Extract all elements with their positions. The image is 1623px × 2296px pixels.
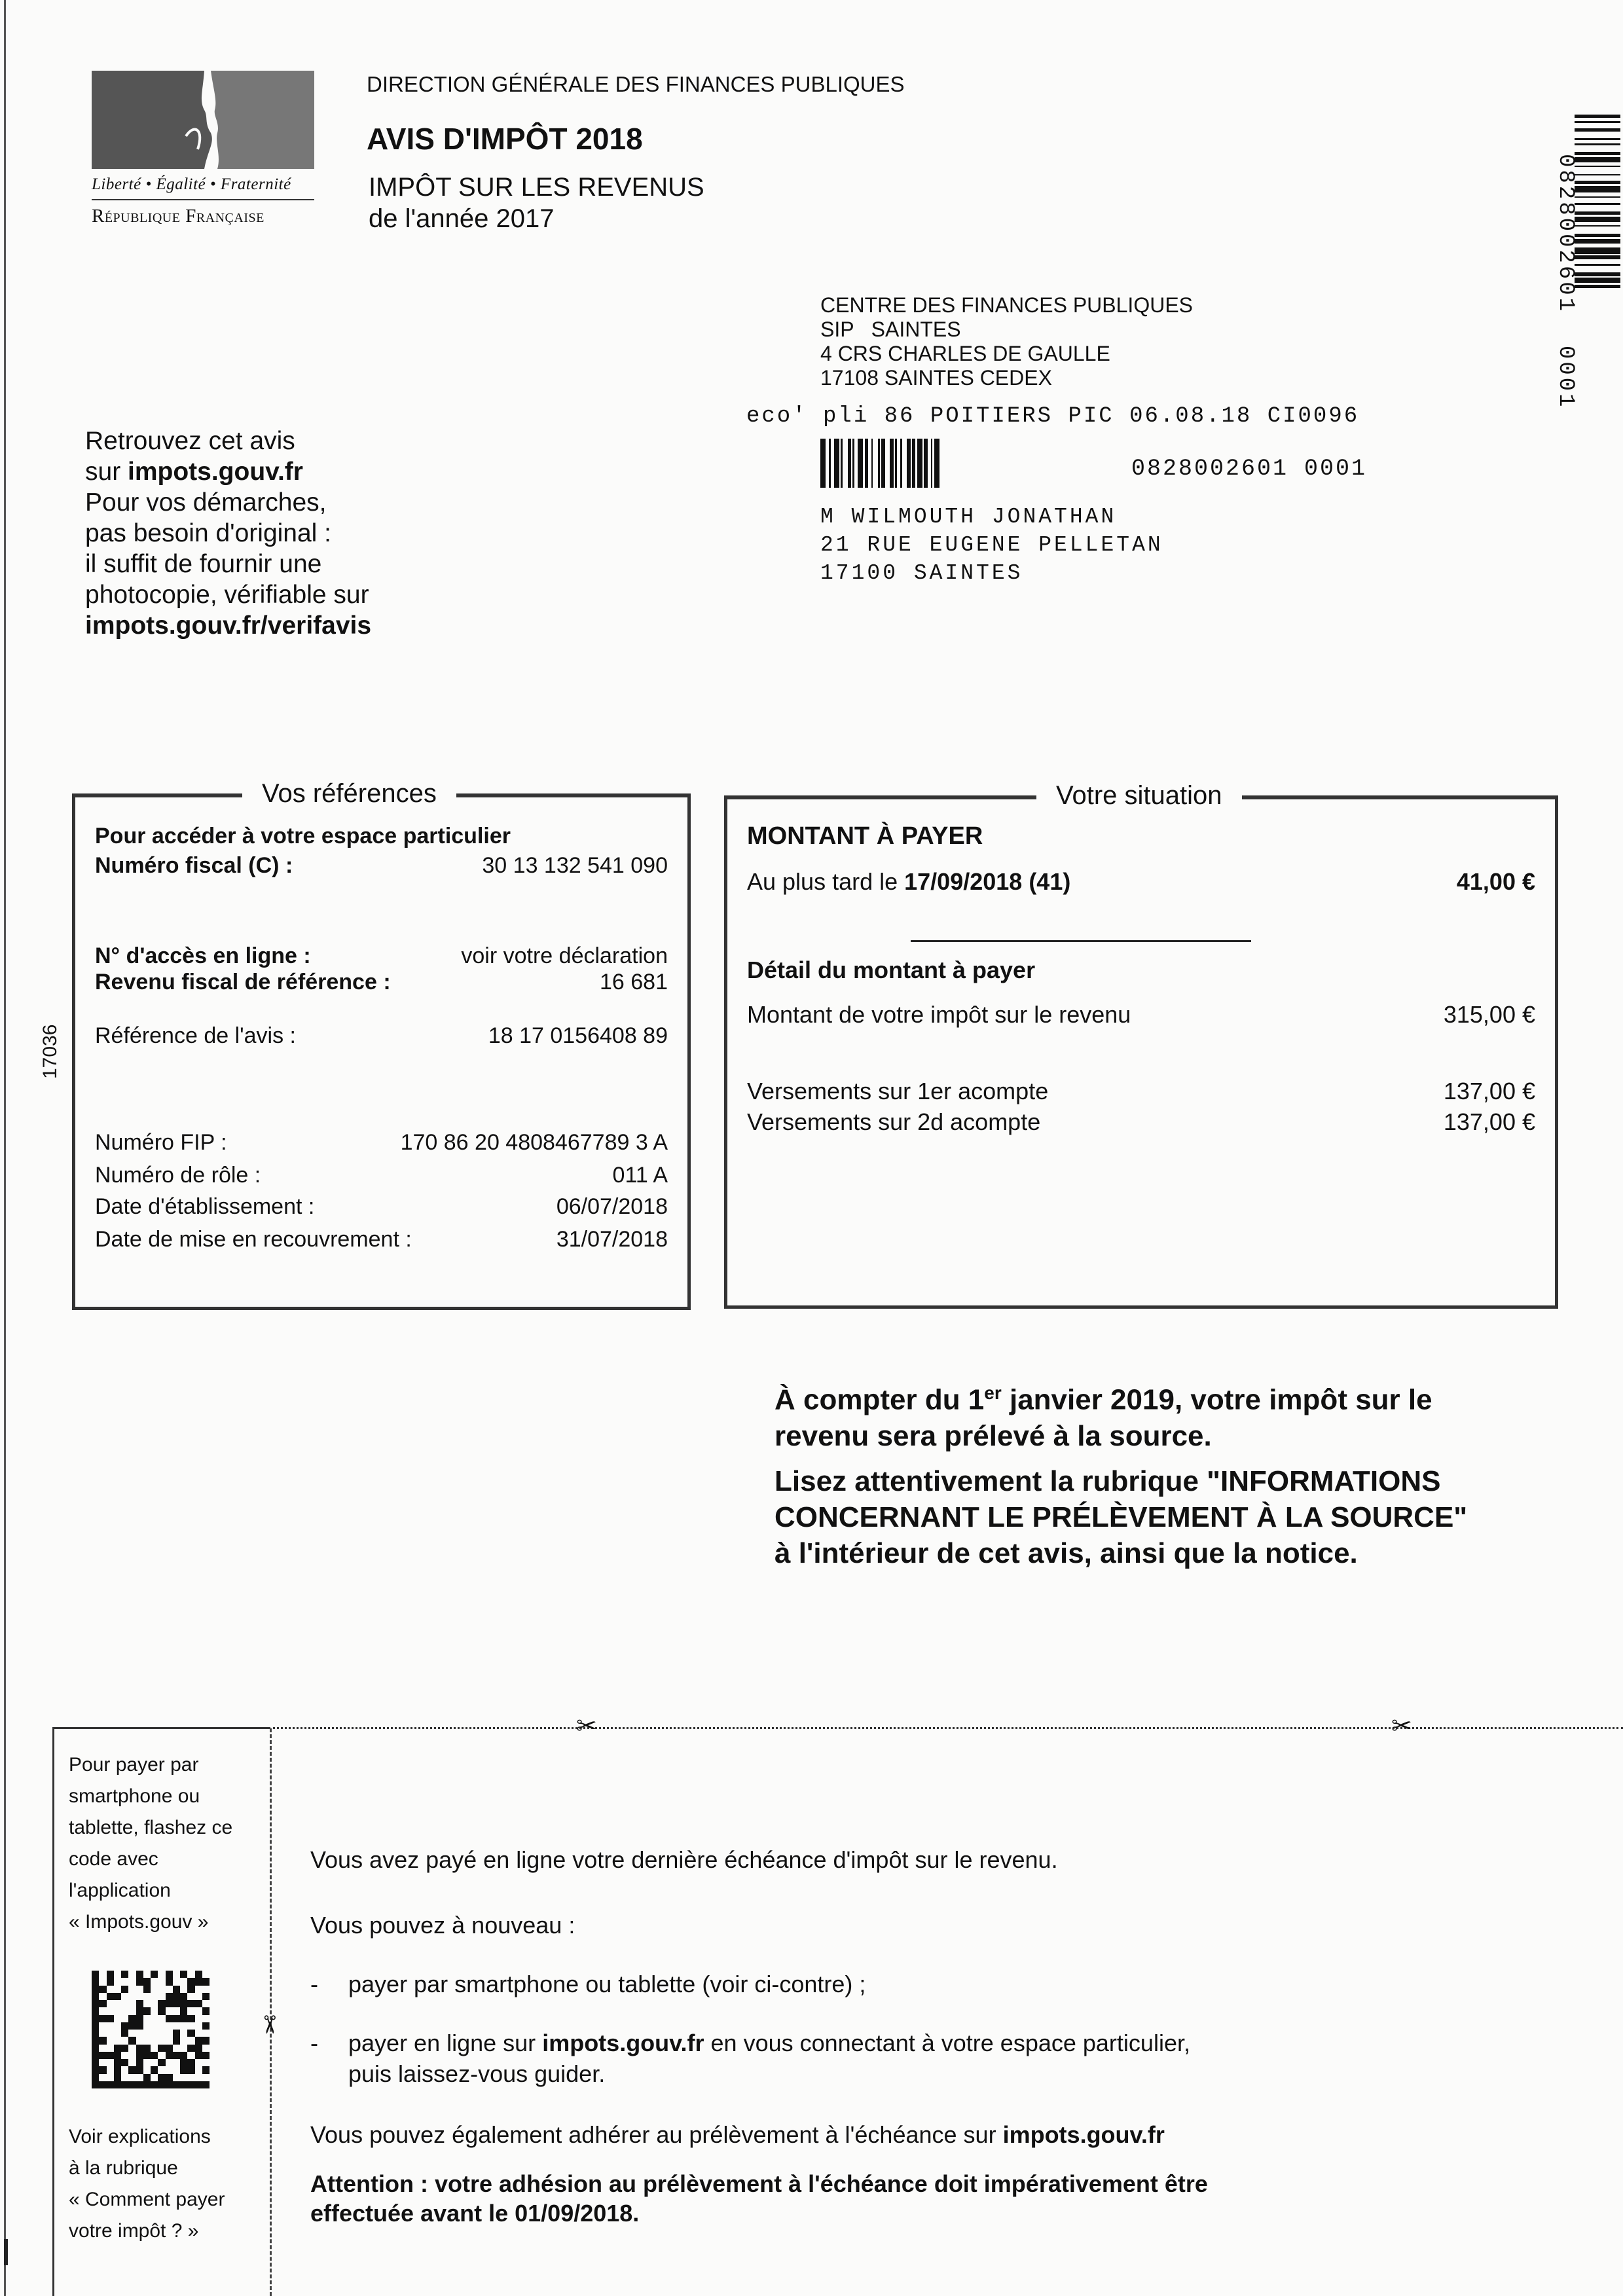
ref-label: Numéro de rôle : (95, 1163, 261, 1188)
ref-row-fiscal-number: Numéro fiscal (C) : 30 13 132 541 090 (95, 853, 668, 879)
stub-line: tablette, flashez ce (69, 1812, 265, 1844)
recipient-street: 21 RUE EUGENE PELLETAN (820, 531, 1163, 559)
stub-line: votre impôt ? » (69, 2215, 272, 2247)
page-edge (4, 0, 6, 2296)
attention-text: Attention : votre adhésion au prélèvemen… (310, 2170, 1208, 2198)
option-text: payer en ligne sur (348, 2030, 542, 2057)
sender-address: CENTRE DES FINANCES PUBLIQUES SIP SAINTE… (820, 293, 1193, 390)
bullet: - (310, 2030, 348, 2057)
ref-row-collection-date: Date de mise en recouvrement : 31/07/201… (95, 1227, 668, 1252)
notice-line: Lisez attentivement la rubrique "INFORMA… (775, 1463, 1467, 1499)
payment-explanations: Voir explications à la rubrique « Commen… (69, 2121, 272, 2247)
logo-divider (92, 199, 314, 200)
sender-line: SIP SAINTES (820, 318, 1193, 342)
republic-motto: Liberté • Égalité • Fraternité (92, 175, 314, 194)
document-title: AVIS D'IMPÔT 2018 (367, 121, 643, 156)
recipient-name: M WILMOUTH JONATHAN (820, 503, 1163, 531)
stub-line: Voir explications (69, 2121, 272, 2153)
ref-value: 18 17 0156408 89 (488, 1023, 668, 1049)
amount-heading: MONTANT À PAYER (747, 822, 983, 850)
notice-text: sur (85, 458, 128, 486)
stub-line: smartphone ou (69, 1781, 265, 1812)
notice-line: revenu sera prélevé à la source. (775, 1418, 1467, 1454)
ref-label: Numéro FIP : (95, 1130, 227, 1156)
ref-label: Référence de l'avis : (95, 1023, 296, 1049)
detail-value: 137,00 € (1444, 1078, 1535, 1105)
option-text: puis laissez-vous guider. (348, 2060, 605, 2088)
stub-line: Pour payer par (69, 1749, 265, 1781)
notice-line: pas besoin d'original : (85, 518, 371, 549)
notice-line: Retrouvez cet avis (85, 426, 371, 456)
subtitle-line: IMPÔT SUR LES REVENUS (369, 172, 704, 203)
ref-row-notice-reference: Référence de l'avis : 18 17 0156408 89 (95, 1023, 668, 1049)
ref-label: Revenu fiscal de référence : (95, 970, 391, 995)
ref-label: Date de mise en recouvrement : (95, 1227, 412, 1252)
due-prefix: Au plus tard le (747, 868, 904, 895)
detail-heading: Détail du montant à payer (747, 957, 1035, 984)
recipient-address: M WILMOUTH JONATHAN 21 RUE EUGENE PELLET… (820, 503, 1163, 587)
detail-label: Versements sur 2d acompte (747, 1108, 1040, 1136)
references-legend: Vos références (242, 779, 456, 809)
detail-row-installment-1: Versements sur 1er acompte 137,00 € (747, 1078, 1535, 1105)
side-barcode (1575, 115, 1620, 445)
impots-link[interactable]: impots.gouv.fr (1003, 2121, 1165, 2148)
verifavis-link[interactable]: impots.gouv.fr/verifavis (85, 611, 371, 640)
notice-line: photocopie, vérifiable sur (85, 579, 371, 610)
document-subtitle: IMPÔT SUR LES REVENUS de l'année 2017 (369, 172, 704, 234)
notice-line: CONCERNANT LE PRÉLÈVEMENT À LA SOURCE" (775, 1499, 1467, 1535)
detail-row-tax: Montant de votre impôt sur le revenu 315… (747, 1001, 1535, 1029)
sender-line: 4 CRS CHARLES DE GAULLE (820, 342, 1193, 366)
option-online: -payer en ligne sur impots.gouv.fr en vo… (310, 2030, 1190, 2057)
subtitle-year: de l'année 2017 (369, 203, 704, 234)
paid-online-text: Vous avez payé en ligne votre dernière é… (310, 1846, 1058, 1874)
impots-link[interactable]: impots.gouv.fr (542, 2030, 704, 2057)
ref-row-revenue: Revenu fiscal de référence : 16 681 (95, 970, 668, 995)
notice-line: Pour vos démarches, (85, 487, 371, 518)
ref-value: 30 13 132 541 090 (482, 853, 668, 879)
margin-mark (4, 2239, 8, 2265)
option-text: en vous connectant à votre espace partic… (704, 2030, 1190, 2057)
scissors-icon: ✂ (576, 1711, 597, 1741)
republic-name: République Française (92, 206, 314, 227)
situation-legend: Votre situation (1036, 781, 1242, 811)
situation-divider (911, 940, 1251, 942)
detail-value: 315,00 € (1444, 1001, 1535, 1029)
recipient-city: 17100 SAINTES (820, 559, 1163, 587)
ref-value: 170 86 20 4808467789 3 A (401, 1130, 668, 1156)
ref-value: 31/07/2018 (556, 1227, 668, 1252)
attention-text: effectuée avant le 01/09/2018. (310, 2200, 639, 2227)
side-reference-number: 17036 (39, 1025, 62, 1079)
ref-value: 16 681 (600, 970, 668, 995)
ref-label: N° d'accès en ligne : (95, 943, 311, 969)
ref-value: 011 A (613, 1163, 668, 1188)
directorate-name: DIRECTION GÉNÉRALE DES FINANCES PUBLIQUE… (367, 72, 905, 97)
marianne-emblem-icon (92, 71, 314, 169)
amount-due-row: Au plus tard le 17/09/2018 (41) 41,00 € (747, 868, 1535, 896)
notice-sup: er (984, 1383, 1001, 1403)
detail-row-installment-2: Versements sur 2d acompte 137,00 € (747, 1108, 1535, 1136)
notice-text: À compter du 1 (775, 1384, 984, 1416)
stub-line: « Comment payer (69, 2184, 272, 2215)
detail-value: 137,00 € (1444, 1108, 1535, 1136)
impots-link[interactable]: impots.gouv.fr (128, 458, 303, 486)
detail-label: Montant de votre impôt sur le revenu (747, 1001, 1131, 1029)
scissors-icon: ✂ (1391, 1711, 1412, 1741)
ref-row-fip: Numéro FIP : 170 86 20 4808467789 3 A (95, 1130, 668, 1156)
scan-instructions: Pour payer par smartphone ou tablette, f… (69, 1749, 265, 1938)
option-smartphone: -payer par smartphone ou tablette (voir … (310, 1971, 866, 1998)
online-notice: Retrouvez cet avis sur impots.gouv.fr Po… (85, 426, 371, 641)
stub-line: code avec (69, 1844, 265, 1875)
stub-line: à la rubrique (69, 2153, 272, 2184)
can-again-text: Vous pouvez à nouveau : (310, 1912, 575, 1939)
notice-line: il suffit de fournir une (85, 549, 371, 579)
detail-label: Versements sur 1er acompte (747, 1078, 1048, 1105)
sender-line: 17108 SAINTES CEDEX (820, 366, 1193, 390)
situation-box: Votre situation MONTANT À PAYER Au plus … (724, 795, 1558, 1309)
ref-value: voir votre déclaration (461, 943, 668, 969)
bullet: - (310, 1971, 348, 1998)
ref-value: 06/07/2018 (556, 1194, 668, 1220)
ref-label: Numéro fiscal (C) : (95, 853, 293, 879)
withholding-notice: À compter du 1er janvier 2019, votre imp… (775, 1375, 1467, 1571)
postmark: eco' pli 86 POITIERS PIC 06.08.18 CI0096 (746, 404, 1359, 429)
due-date-label: Au plus tard le 17/09/2018 (41) (747, 868, 1070, 896)
due-date: 17/09/2018 (41) (904, 868, 1070, 895)
cut-line (268, 1727, 1623, 1729)
ref-row-role: Numéro de rôle : 011 A (95, 1163, 668, 1188)
postal-barcode (820, 439, 1069, 488)
notice-line: sur impots.gouv.fr (85, 456, 371, 487)
ref-label: Date d'établissement : (95, 1194, 314, 1220)
adhere-text: Vous pouvez également adhérer au prélève… (310, 2121, 1165, 2149)
notice-text: janvier 2019, votre impôt sur le (1002, 1384, 1432, 1416)
stub-line: l'application (69, 1875, 265, 1906)
notice-line: À compter du 1er janvier 2019, votre imp… (775, 1375, 1467, 1418)
access-heading: Pour accéder à votre espace particulier (95, 824, 511, 849)
amount-due: 41,00 € (1457, 868, 1535, 896)
references-box: Vos références Pour accéder à votre espa… (72, 793, 691, 1310)
barcode-number: 0828002601 0001 (1131, 456, 1367, 482)
datamatrix-code[interactable] (92, 1971, 210, 2088)
marianne-logo: Liberté • Égalité • Fraternité Républiqu… (92, 71, 314, 227)
stub-line: « Impots.gouv » (69, 1906, 265, 1938)
notice-line: à l'intérieur de cet avis, ainsi que la … (775, 1535, 1467, 1571)
adhere-prefix: Vous pouvez également adhérer au prélève… (310, 2121, 1003, 2148)
sender-line: CENTRE DES FINANCES PUBLIQUES (820, 293, 1193, 318)
ref-row-online-access: N° d'accès en ligne : voir votre déclara… (95, 943, 668, 969)
option-text: payer par smartphone ou tablette (voir c… (348, 1971, 866, 1998)
ref-row-establishment-date: Date d'établissement : 06/07/2018 (95, 1194, 668, 1220)
